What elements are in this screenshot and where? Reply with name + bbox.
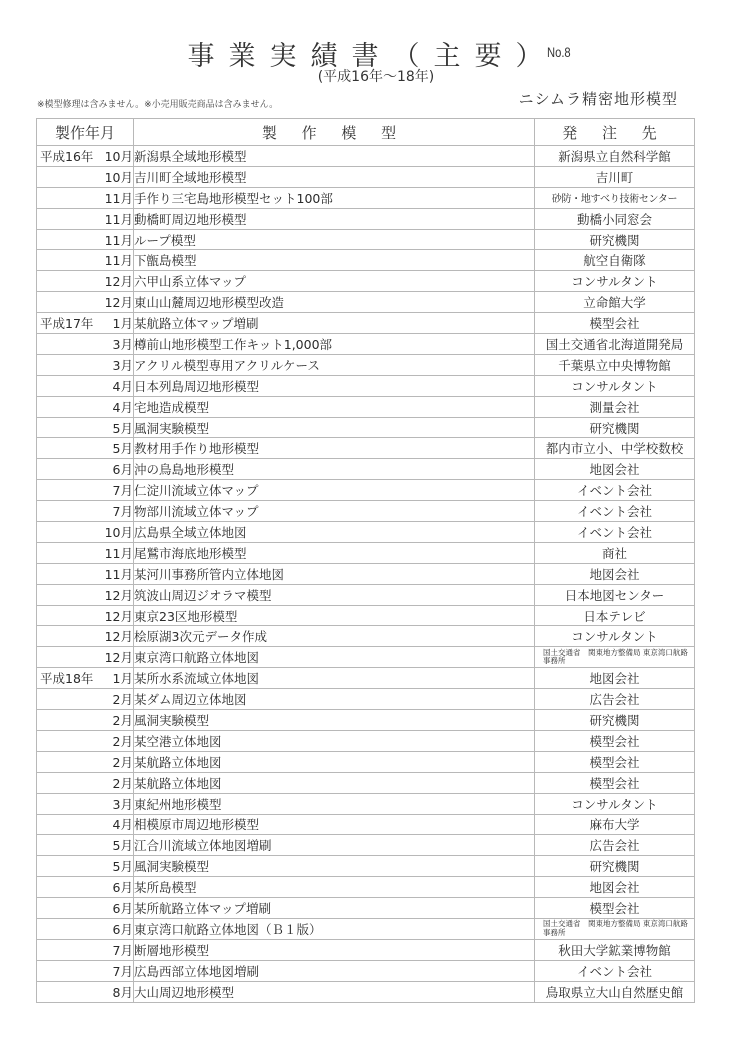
client-name: 広告会社: [535, 835, 695, 856]
production-date: 11月: [37, 187, 134, 208]
month: 4月: [113, 817, 133, 832]
table-row: 11月手作り三宅島地形模型セット100部砂防・地すべり技術センター: [37, 187, 695, 208]
table-row: 11月下甑島模型航空自衛隊: [37, 250, 695, 271]
client-name: 新潟県立自然科学館: [535, 146, 695, 167]
client-name: 地図会社: [535, 877, 695, 898]
month: 11月: [105, 212, 133, 227]
table-row: 6月東京湾口航路立体地図（Ｂ１版）国土交通省 関東地方整備局 東京湾口航路事務所: [37, 918, 695, 939]
model-name: 仁淀川流域立体マップ: [134, 480, 535, 501]
production-date: 10月: [37, 522, 134, 543]
production-date: 12月: [37, 626, 134, 647]
month: 12月: [105, 588, 133, 603]
month: 2月: [113, 692, 133, 707]
client-name: 地図会社: [535, 563, 695, 584]
production-date: 10月: [37, 166, 134, 187]
client-name: 鳥取県立大山自然歴史館: [535, 981, 695, 1002]
model-name: 東京23区地形模型: [134, 605, 535, 626]
model-name: 広島西部立体地図増刷: [134, 960, 535, 981]
production-date: 平成17年1月: [37, 313, 134, 334]
month: 2月: [113, 755, 133, 770]
model-name: 六甲山系立体マップ: [134, 271, 535, 292]
table-row: 4月宅地造成模型測量会社: [37, 396, 695, 417]
client-name: イベント会社: [535, 522, 695, 543]
production-date: 4月: [37, 375, 134, 396]
model-name: 某所島模型: [134, 877, 535, 898]
production-date: 2月: [37, 730, 134, 751]
client-name: 日本地図センター: [535, 584, 695, 605]
production-date: 11月: [37, 250, 134, 271]
model-name: ループ模型: [134, 229, 535, 250]
month: 10月: [105, 170, 133, 185]
production-date: 11月: [37, 229, 134, 250]
month: 11月: [105, 546, 133, 561]
production-date: 3月: [37, 793, 134, 814]
model-name: 吉川町全域地形模型: [134, 166, 535, 187]
production-date: 11月: [37, 208, 134, 229]
model-name: 宅地造成模型: [134, 396, 535, 417]
client-name: 秋田大学鉱業博物館: [535, 939, 695, 960]
table-row: 2月某航路立体地図模型会社: [37, 772, 695, 793]
production-date: 3月: [37, 354, 134, 375]
model-name: 動橋町周辺地形模型: [134, 208, 535, 229]
table-row: 12月東京湾口航路立体地図国土交通省 関東地方整備局 東京湾口航路事務所: [37, 647, 695, 668]
table-row: 11月尾鷲市海底地形模型商社: [37, 542, 695, 563]
production-date: 6月: [37, 877, 134, 898]
month: 12月: [105, 629, 133, 644]
client-name: 測量会社: [535, 396, 695, 417]
table-header-row: 製作年月 製 作 模 型 発 注 先: [37, 119, 695, 146]
client-name: 地図会社: [535, 459, 695, 480]
month: 12月: [105, 295, 133, 310]
client-name: イベント会社: [535, 480, 695, 501]
production-date: 8月: [37, 981, 134, 1002]
production-date: 12月: [37, 647, 134, 668]
month: 11月: [105, 253, 133, 268]
client-name: 広告会社: [535, 689, 695, 710]
era-year: 平成18年: [37, 669, 93, 687]
table-row: 11月某河川事務所管内立体地図地図会社: [37, 563, 695, 584]
month: 6月: [113, 901, 133, 916]
document-number: No.8: [547, 44, 571, 60]
table-row: 7月物部川流域立体マップイベント会社: [37, 501, 695, 522]
model-name: 某航路立体地図: [134, 751, 535, 772]
model-name: 沖の鳥島地形模型: [134, 459, 535, 480]
table-row: 12月東山山麓周辺地形模型改造立命館大学: [37, 292, 695, 313]
month: 10月: [105, 149, 133, 164]
production-date: 平成16年10月: [37, 146, 134, 167]
month: 3月: [113, 358, 133, 373]
month: 1月: [113, 671, 133, 686]
client-name: 吉川町: [535, 166, 695, 187]
month: 6月: [113, 462, 133, 477]
month: 11月: [105, 567, 133, 582]
model-name: 某所航路立体マップ増刷: [134, 898, 535, 919]
client-name: 模型会社: [535, 313, 695, 334]
client-name: 模型会社: [535, 898, 695, 919]
model-name: 某河川事務所管内立体地図: [134, 563, 535, 584]
production-date: 11月: [37, 542, 134, 563]
model-name: 日本列島周辺地形模型: [134, 375, 535, 396]
month: 1月: [113, 316, 133, 331]
client-name: 都内市立小、中学校数校: [535, 438, 695, 459]
client-name: 砂防・地すべり技術センター: [535, 187, 695, 208]
month: 4月: [113, 400, 133, 415]
month: 3月: [113, 797, 133, 812]
records-table: 製作年月 製 作 模 型 発 注 先 平成16年10月新潟県全域地形模型新潟県立…: [36, 118, 695, 1003]
model-name: 東山山麓周辺地形模型改造: [134, 292, 535, 313]
model-name: 手作り三宅島地形模型セット100部: [134, 187, 535, 208]
table-row: 2月某ダム周辺立体地図広告会社: [37, 689, 695, 710]
table-row: 11月動橋町周辺地形模型動橋小同窓会: [37, 208, 695, 229]
model-name: 下甑島模型: [134, 250, 535, 271]
production-date: 2月: [37, 710, 134, 731]
table-row: 12月六甲山系立体マップコンサルタント: [37, 271, 695, 292]
production-date: 6月: [37, 898, 134, 919]
client-name: 立命館大学: [535, 292, 695, 313]
month: 7月: [113, 964, 133, 979]
client-name: 日本テレビ: [535, 605, 695, 626]
month: 2月: [113, 776, 133, 791]
model-name: 江合川流域立体地図増刷: [134, 835, 535, 856]
model-name: 風洞実験模型: [134, 856, 535, 877]
client-name: 研究機関: [535, 856, 695, 877]
production-date: 3月: [37, 334, 134, 355]
client-name: 研究機関: [535, 710, 695, 731]
client-name: コンサルタント: [535, 793, 695, 814]
table-row: 2月某航路立体地図模型会社: [37, 751, 695, 772]
era-year: 平成17年: [37, 314, 93, 332]
month: 12月: [105, 650, 133, 665]
table-row: 11月ループ模型研究機関: [37, 229, 695, 250]
client-name: イベント会社: [535, 960, 695, 981]
month: 2月: [113, 713, 133, 728]
table-row: 2月某空港立体地図模型会社: [37, 730, 695, 751]
table-row: 7月広島西部立体地図増刷イベント会社: [37, 960, 695, 981]
client-name: 動橋小同窓会: [535, 208, 695, 229]
month: 7月: [113, 483, 133, 498]
column-header-date: 製作年月: [37, 119, 134, 146]
month: 12月: [105, 274, 133, 289]
table-row: 5月教材用手作り地形模型都内市立小、中学校数校: [37, 438, 695, 459]
table-row: 4月相模原市周辺地形模型麻布大学: [37, 814, 695, 835]
model-name: 断層地形模型: [134, 939, 535, 960]
model-name: 筑波山周辺ジオラマ模型: [134, 584, 535, 605]
model-name: 某航路立体マップ増刷: [134, 313, 535, 334]
month: 3月: [113, 337, 133, 352]
client-name: コンサルタント: [535, 626, 695, 647]
table-row: 7月断層地形模型秋田大学鉱業博物館: [37, 939, 695, 960]
client-name: コンサルタント: [535, 271, 695, 292]
table-row: 平成18年1月某所水系流域立体地図地図会社: [37, 668, 695, 689]
production-date: 12月: [37, 271, 134, 292]
model-name: 某ダム周辺立体地図: [134, 689, 535, 710]
month: 5月: [113, 859, 133, 874]
table-row: 10月吉川町全域地形模型吉川町: [37, 166, 695, 187]
model-name: 桧原湖3次元データ作成: [134, 626, 535, 647]
client-name: イベント会社: [535, 501, 695, 522]
month: 6月: [113, 880, 133, 895]
production-date: 4月: [37, 396, 134, 417]
model-name: 東京湾口航路立体地図: [134, 647, 535, 668]
month: 12月: [105, 609, 133, 624]
month: 5月: [113, 421, 133, 436]
model-name: 広島県全域立体地図: [134, 522, 535, 543]
production-date: 7月: [37, 960, 134, 981]
table-row: 3月東紀州地形模型コンサルタント: [37, 793, 695, 814]
table-row: 平成17年1月某航路立体マップ増刷模型会社: [37, 313, 695, 334]
production-date: 5月: [37, 438, 134, 459]
month: 11月: [105, 233, 133, 248]
table-row: 3月樽前山地形模型工作キット1,000部国土交通省北海道開発局: [37, 334, 695, 355]
client-name: 国土交通省北海道開発局: [535, 334, 695, 355]
column-header-model: 製 作 模 型: [134, 119, 535, 146]
month: 5月: [113, 838, 133, 853]
model-name: 新潟県全域地形模型: [134, 146, 535, 167]
month: 5月: [113, 441, 133, 456]
month: 8月: [113, 985, 133, 1000]
table-row: 12月桧原湖3次元データ作成コンサルタント: [37, 626, 695, 647]
client-name: 研究機関: [535, 229, 695, 250]
model-name: 東京湾口航路立体地図（Ｂ１版）: [134, 918, 535, 939]
client-name: 模型会社: [535, 772, 695, 793]
model-name: 某所水系流域立体地図: [134, 668, 535, 689]
month: 4月: [113, 379, 133, 394]
table-row: 2月風洞実験模型研究機関: [37, 710, 695, 731]
production-date: 11月: [37, 563, 134, 584]
month: 7月: [113, 943, 133, 958]
model-name: 尾鷲市海底地形模型: [134, 542, 535, 563]
table-row: 5月江合川流域立体地図増刷広告会社: [37, 835, 695, 856]
production-date: 6月: [37, 918, 134, 939]
model-name: 相模原市周辺地形模型: [134, 814, 535, 835]
client-name: 研究機関: [535, 417, 695, 438]
table-row: 6月沖の鳥島地形模型地図会社: [37, 459, 695, 480]
model-name: 東紀州地形模型: [134, 793, 535, 814]
client-name: 航空自衛隊: [535, 250, 695, 271]
table-body: 平成16年10月新潟県全域地形模型新潟県立自然科学館10月吉川町全域地形模型吉川…: [37, 146, 695, 1003]
table-row: 7月仁淀川流域立体マップイベント会社: [37, 480, 695, 501]
month: 6月: [113, 922, 133, 937]
production-date: 7月: [37, 501, 134, 522]
period-subtitle: (平成16年～18年): [0, 66, 744, 86]
production-date: 7月: [37, 939, 134, 960]
model-name: 某航路立体地図: [134, 772, 535, 793]
client-name: 模型会社: [535, 751, 695, 772]
client-name: 商社: [535, 542, 695, 563]
production-date: 5月: [37, 856, 134, 877]
production-date: 2月: [37, 772, 134, 793]
month: 10月: [105, 525, 133, 540]
production-date: 6月: [37, 459, 134, 480]
production-date: 12月: [37, 605, 134, 626]
table-row: 8月大山周辺地形模型鳥取県立大山自然歴史館: [37, 981, 695, 1002]
era-year: 平成16年: [37, 147, 93, 165]
table-row: 5月風洞実験模型研究機関: [37, 856, 695, 877]
table-row: 12月筑波山周辺ジオラマ模型日本地図センター: [37, 584, 695, 605]
production-date: 2月: [37, 751, 134, 772]
month: 2月: [113, 734, 133, 749]
client-name: 国土交通省 関東地方整備局 東京湾口航路事務所: [535, 647, 695, 668]
production-date: 2月: [37, 689, 134, 710]
model-name: 物部川流域立体マップ: [134, 501, 535, 522]
table-row: 平成16年10月新潟県全域地形模型新潟県立自然科学館: [37, 146, 695, 167]
exclusion-note: ※模型修理は含みません。※小売用販売商品は含みません。: [37, 97, 278, 110]
table-row: 6月某所島模型地図会社: [37, 877, 695, 898]
model-name: 大山周辺地形模型: [134, 981, 535, 1002]
client-name: 麻布大学: [535, 814, 695, 835]
model-name: 樽前山地形模型工作キット1,000部: [134, 334, 535, 355]
production-date: 12月: [37, 292, 134, 313]
model-name: 風洞実験模型: [134, 710, 535, 731]
table-row: 12月東京23区地形模型日本テレビ: [37, 605, 695, 626]
production-date: 5月: [37, 417, 134, 438]
table-row: 6月某所航路立体マップ増刷模型会社: [37, 898, 695, 919]
client-name: コンサルタント: [535, 375, 695, 396]
production-date: 7月: [37, 480, 134, 501]
production-date: 12月: [37, 584, 134, 605]
client-name: 千葉県立中央博物館: [535, 354, 695, 375]
client-name: 模型会社: [535, 730, 695, 751]
production-date: 5月: [37, 835, 134, 856]
table-row: 5月風洞実験模型研究機関: [37, 417, 695, 438]
client-name: 国土交通省 関東地方整備局 東京湾口航路事務所: [535, 918, 695, 939]
table-row: 3月アクリル模型専用アクリルケース千葉県立中央博物館: [37, 354, 695, 375]
client-name: 地図会社: [535, 668, 695, 689]
model-name: 某空港立体地図: [134, 730, 535, 751]
model-name: 教材用手作り地形模型: [134, 438, 535, 459]
column-header-client: 発 注 先: [535, 119, 695, 146]
month: 7月: [113, 504, 133, 519]
model-name: 風洞実験模型: [134, 417, 535, 438]
model-name: アクリル模型専用アクリルケース: [134, 354, 535, 375]
production-date: 4月: [37, 814, 134, 835]
month: 11月: [105, 191, 133, 206]
company-name: ニシムラ精密地形模型: [519, 88, 678, 109]
table-row: 10月広島県全域立体地図イベント会社: [37, 522, 695, 543]
table-row: 4月日本列島周辺地形模型コンサルタント: [37, 375, 695, 396]
production-date: 平成18年1月: [37, 668, 134, 689]
